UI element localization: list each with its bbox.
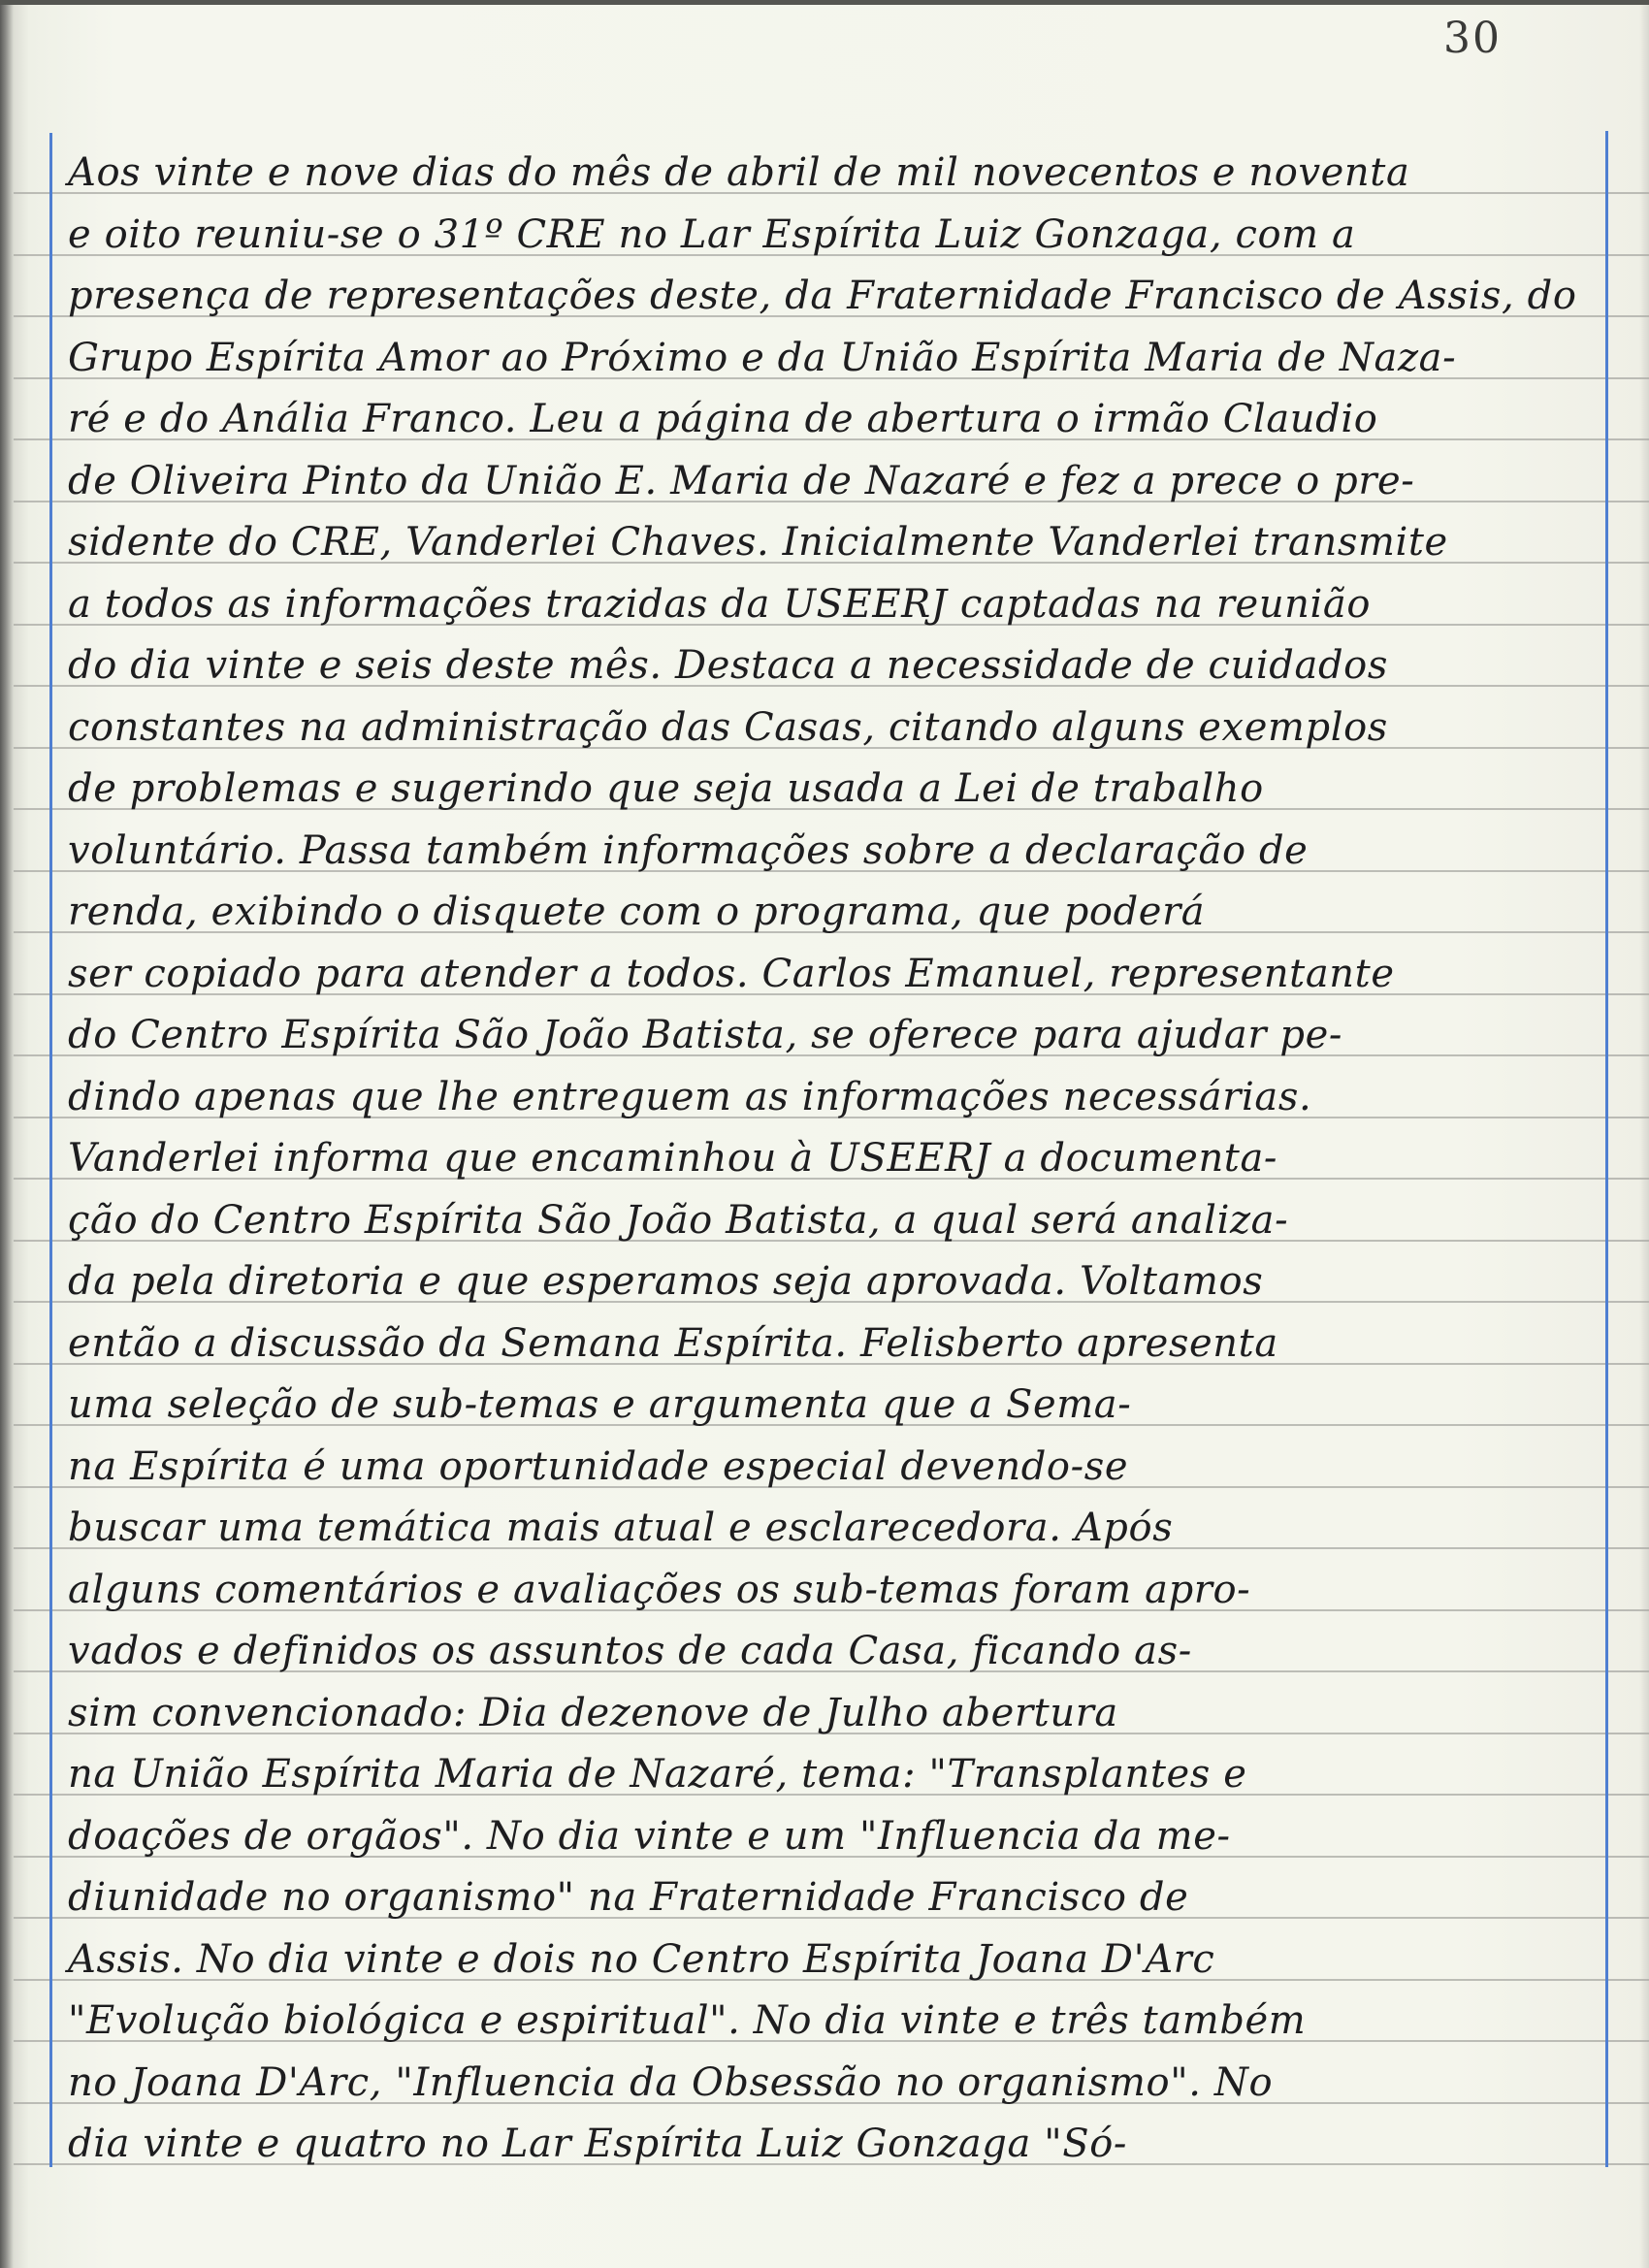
text-line: sidente do CRE, Vanderlei Chaves. Inicia…: [68, 519, 1610, 566]
text-line: e oito reuniu-se o 31º CRE no Lar Espíri…: [68, 211, 1610, 258]
text-line: voluntário. Passa também informações sob…: [68, 827, 1610, 874]
text-line: diunidade no organismo" na Fraternidade …: [68, 1874, 1610, 1921]
text-line: renda, exibindo o disquete com o program…: [68, 889, 1610, 935]
text-line: constantes na administração das Casas, c…: [68, 704, 1610, 751]
text-line: uma seleção de sub-temas e argumenta que…: [68, 1381, 1610, 1428]
text-line: Vanderlei informa que encaminhou à USEER…: [68, 1135, 1610, 1182]
text-line: buscar uma temática mais atual e esclare…: [68, 1505, 1610, 1551]
text-line: vados e definidos os assuntos de cada Ca…: [68, 1628, 1610, 1674]
page-number: 30: [1443, 14, 1502, 63]
text-line: na União Espírita Maria de Nazaré, tema:…: [68, 1751, 1610, 1798]
text-line: ré e do Anália Franco. Leu a página de a…: [68, 396, 1610, 442]
text-line: então a discussão da Semana Espírita. Fe…: [68, 1320, 1610, 1367]
text-line: "Evolução biológica e espiritual". No di…: [68, 1997, 1610, 2044]
text-line: ser copiado para atender a todos. Carlos…: [68, 951, 1610, 997]
left-margin-line: [49, 133, 52, 2167]
text-line: doações de orgãos". No dia vinte e um "I…: [68, 1813, 1610, 1860]
text-line: na Espírita é uma oportunidade especial …: [68, 1443, 1610, 1490]
text-line: no Joana D'Arc, "Influencia da Obsessão …: [68, 2059, 1610, 2106]
text-line: Aos vinte e nove dias do mês de abril de…: [68, 149, 1610, 196]
text-line: sim convencionado: Dia dezenove de Julho…: [68, 1690, 1610, 1736]
text-line: presença de representações deste, da Fra…: [68, 273, 1610, 319]
text-line: dia vinte e quatro no Lar Espírita Luiz …: [68, 2121, 1610, 2167]
text-line: Grupo Espírita Amor ao Próximo e da Uniã…: [68, 335, 1610, 381]
text-line: do dia vinte e seis deste mês. Destaca a…: [68, 642, 1610, 689]
text-line: a todos as informações trazidas da USEER…: [68, 581, 1610, 628]
text-line: alguns comentários e avaliações os sub-t…: [68, 1567, 1610, 1613]
text-line: Assis. No dia vinte e dois no Centro Esp…: [68, 1936, 1610, 1983]
text-line: da pela diretoria e que esperamos seja a…: [68, 1258, 1610, 1305]
text-line: de Oliveira Pinto da União E. Maria de N…: [68, 458, 1610, 504]
text-line: de problemas e sugerindo que seja usada …: [68, 765, 1610, 812]
scan-edge-band: [0, 0, 1649, 5]
text-line: dindo apenas que lhe entreguem as inform…: [68, 1074, 1610, 1120]
text-line: do Centro Espírita São João Batista, se …: [68, 1012, 1610, 1058]
text-line: ção do Centro Espírita São João Batista,…: [68, 1197, 1610, 1244]
notebook-page: 30 Aos vinte e nove dias do mês de abril…: [0, 0, 1649, 2268]
